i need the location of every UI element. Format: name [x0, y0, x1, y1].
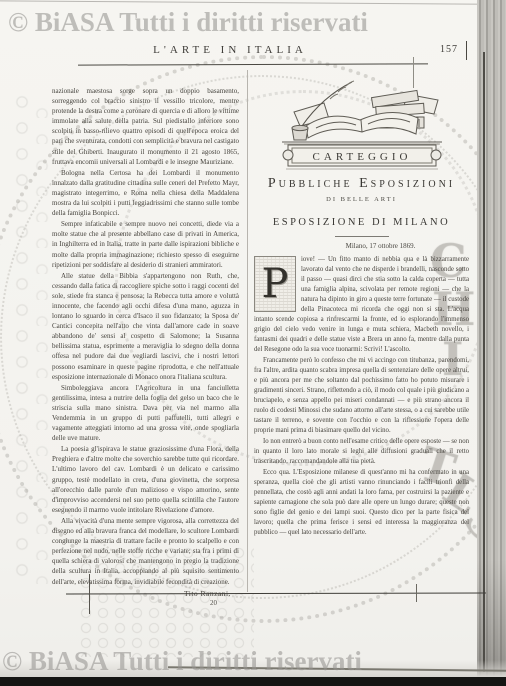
copyright-watermark-bottom: © BiASA Tutti i diritti riservati [2, 646, 362, 677]
frame-tick-bottom-left [89, 574, 90, 614]
printer-signature-mark: 20 [210, 599, 217, 607]
paragraph: Sempre infaticabile e sempre nuovo nei c… [52, 219, 239, 269]
paragraph: Alla vivacità d'una mente sempre vigoros… [52, 516, 239, 587]
right-column: CARTEGGIO Pubbliche Esposizioni DI BELLE… [254, 74, 469, 539]
paragraph: nazionale maestosa sorge sopra un doppio… [52, 86, 239, 167]
book-bottom-edge [0, 677, 506, 686]
page-number: 157 [440, 44, 458, 55]
page-top-edge [0, 0, 489, 4]
article-body: Piove! — Un fitto manto di nebbia qua e … [254, 255, 469, 538]
paragraph: Francamente però lo confesso che mi vi a… [254, 356, 469, 436]
column-divider [247, 70, 248, 592]
paragraph: Bologna nella Certosa ha dei Lombardi il… [52, 168, 239, 218]
title-rule [335, 236, 389, 237]
paragraph: Io non entrerò a buon conto nell'esame c… [254, 437, 469, 467]
scanned-journal-page: C H I T L S L'ARTE IN ITALIA 157 naziona… [0, 0, 506, 686]
drop-cap-initial: P [254, 256, 296, 312]
section-title: Pubbliche Esposizioni [254, 176, 469, 192]
page-right-border [483, 52, 485, 672]
copyright-watermark-top: © BiASA Tutti i diritti riservati [8, 7, 368, 38]
paragraph: Alle statue della Bibbia s'appartengono … [52, 271, 239, 382]
running-head: L'ARTE IN ITALIA [90, 44, 370, 56]
left-column: nazionale maestosa sorge sopra un doppio… [52, 86, 239, 599]
paragraph: Ecco qua. L'Esposizione milanese di ques… [254, 468, 469, 538]
dateline: Milano, 17 ottobre 1869. [254, 242, 469, 251]
frame-tick-bottom-right [416, 584, 417, 602]
article-title: ESPOSIZIONE DI MILANO [254, 216, 469, 229]
paragraph: Piove! — Un fitto manto di nebbia qua e … [254, 255, 469, 355]
section-subtitle: DI BELLE ARTI [254, 195, 469, 204]
carteggio-vignette: CARTEGGIO [276, 74, 448, 170]
frame-tick-top-right [466, 41, 467, 60]
paragraph: Simboleggiava ancora l'Agricoltura in un… [52, 383, 239, 444]
paragraph: La poesia gl'ispirava le statue graziosi… [52, 444, 239, 515]
carteggio-banner-title: CARTEGGIO [312, 151, 411, 163]
